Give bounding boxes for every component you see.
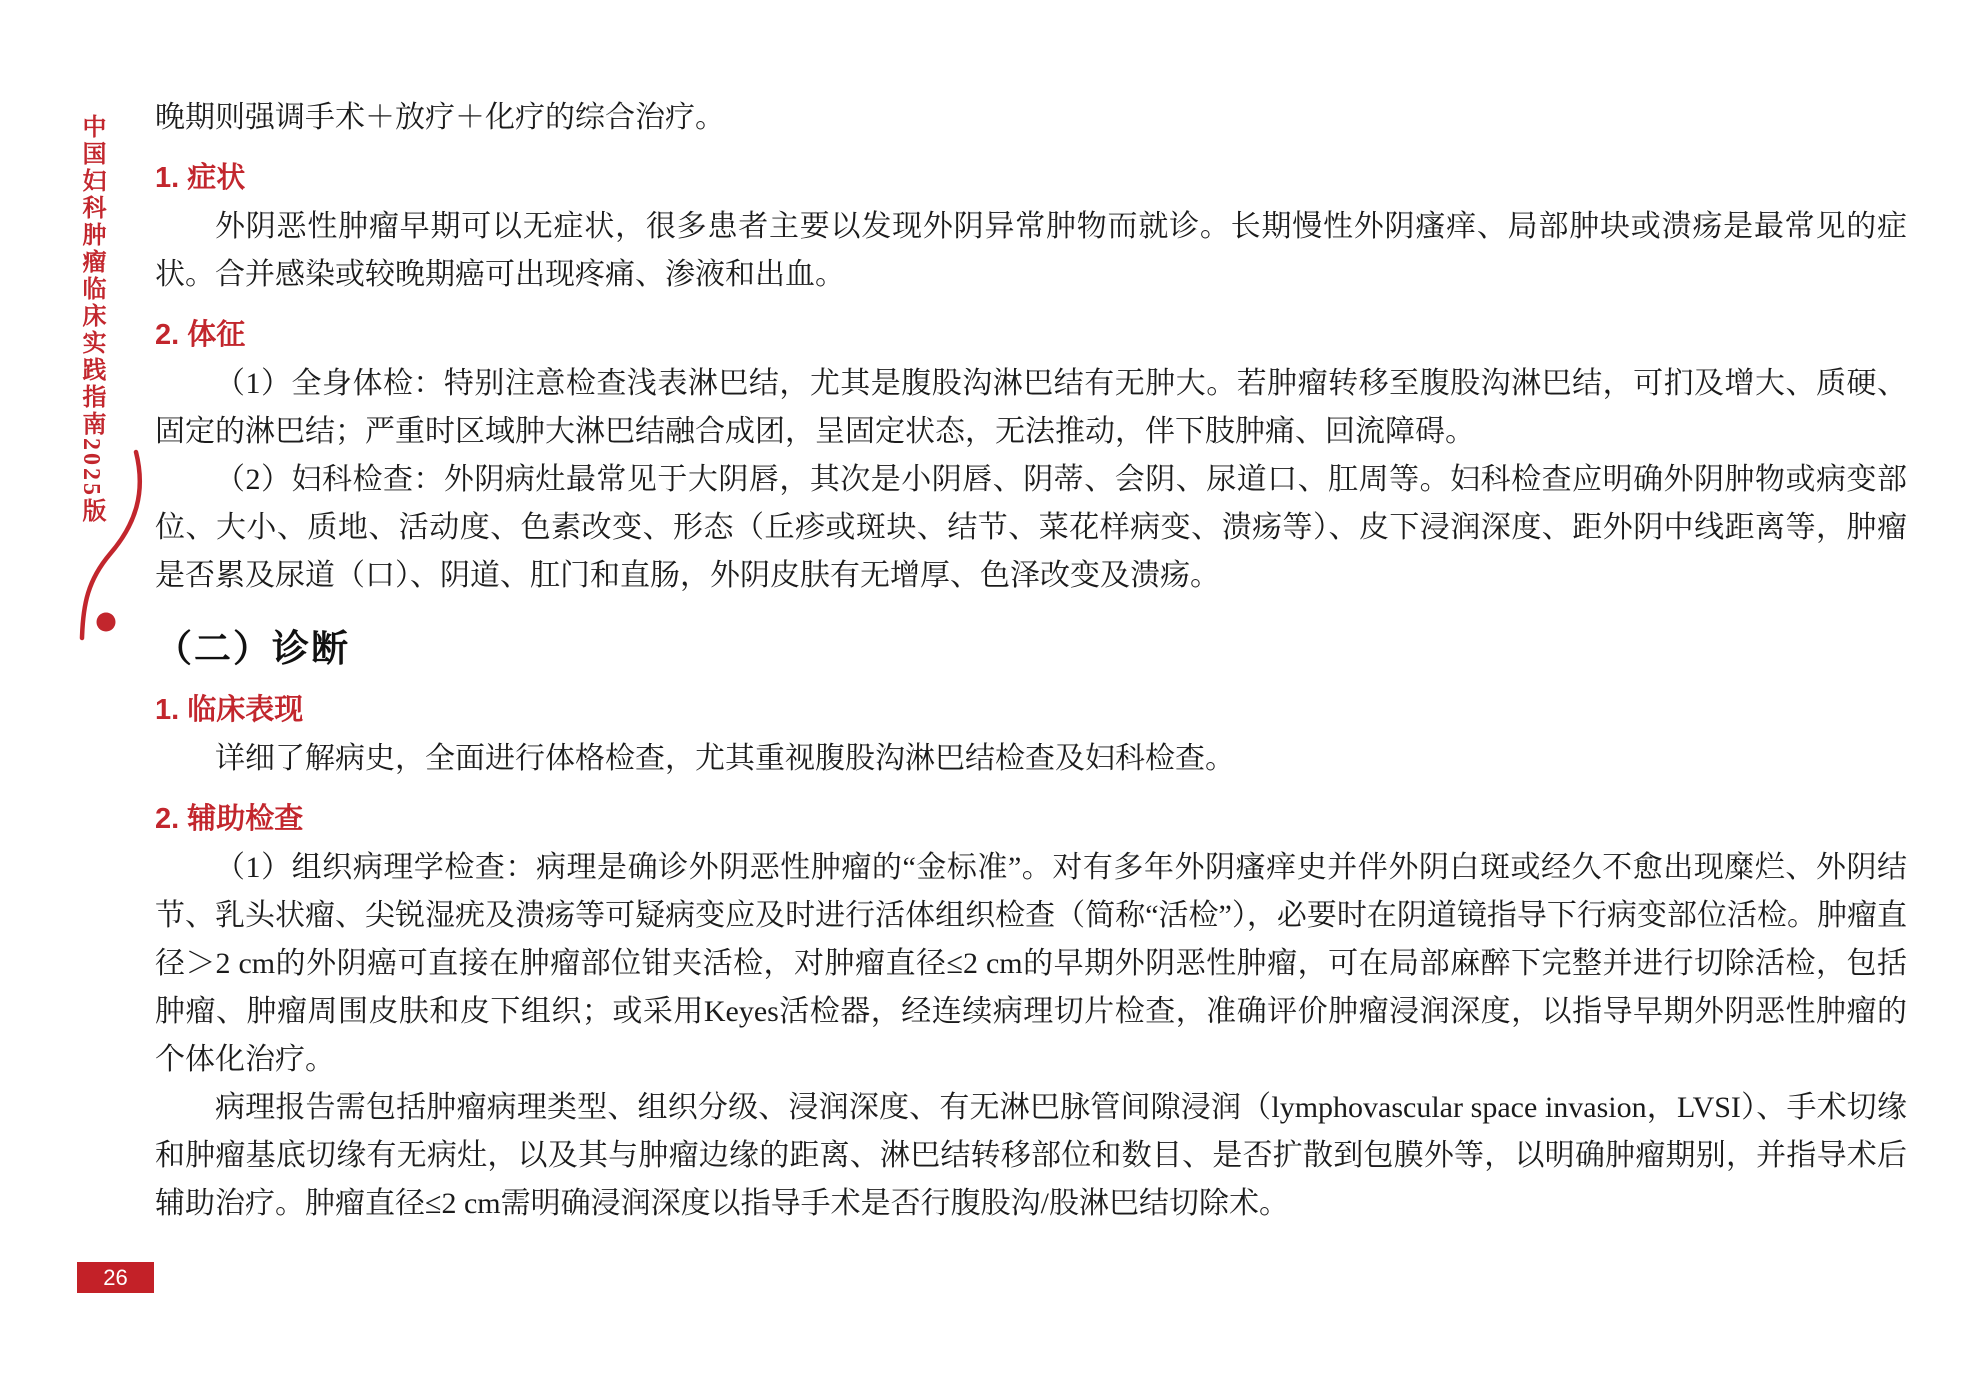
page-content: 晚期则强调手术＋放疗＋化疗的综合治疗。 1. 症状 外阴恶性肿瘤早期可以无症状，… <box>155 94 1907 1228</box>
spine-ornament-curve <box>82 452 140 638</box>
clinical-manifestation-heading: 1. 临床表现 <box>155 692 1907 728</box>
symptoms-paragraph: 外阴恶性肿瘤早期可以无症状，很多患者主要以发现外阴异常肿物而就诊。长期慢性外阴瘙… <box>155 203 1907 299</box>
pathology-report-paragraph: 病理报告需包括肿瘤病理类型、组织分级、浸润深度、有无淋巴脉管间隙浸润（lymph… <box>155 1084 1907 1228</box>
signs-item-gyn-exam: （2）妇科检查：外阴病灶最常见于大阴唇，其次是小阴唇、阴蒂、会阴、尿道口、肛周等… <box>155 456 1907 600</box>
spine-ornament <box>56 446 160 656</box>
document-page: 中国妇科肿瘤临床实践指南2025版 晚期则强调手术＋放疗＋化疗的综合治疗。 1.… <box>0 0 1965 1398</box>
continuation-paragraph: 晚期则强调手术＋放疗＋化疗的综合治疗。 <box>155 94 1907 142</box>
page-number-badge: 26 <box>77 1262 154 1293</box>
auxiliary-exam-heading: 2. 辅助检查 <box>155 801 1907 837</box>
spine-ornament-dot <box>97 613 116 632</box>
signs-item-general-exam: （1）全身体检：特别注意检查浅表淋巴结，尤其是腹股沟淋巴结有无肿大。若肿瘤转移至… <box>155 360 1907 456</box>
auxiliary-item-histopathology: （1）组织病理学检查：病理是确诊外阴恶性肿瘤的“金标准”。对有多年外阴瘙痒史并伴… <box>155 844 1907 1084</box>
clinical-manifestation-paragraph: 详细了解病史，全面进行体格检查，尤其重视腹股沟淋巴结检查及妇科检查。 <box>155 735 1907 783</box>
symptoms-heading: 1. 症状 <box>155 160 1907 196</box>
signs-heading: 2. 体征 <box>155 317 1907 353</box>
diagnosis-section-heading: （二）诊断 <box>155 626 1907 674</box>
